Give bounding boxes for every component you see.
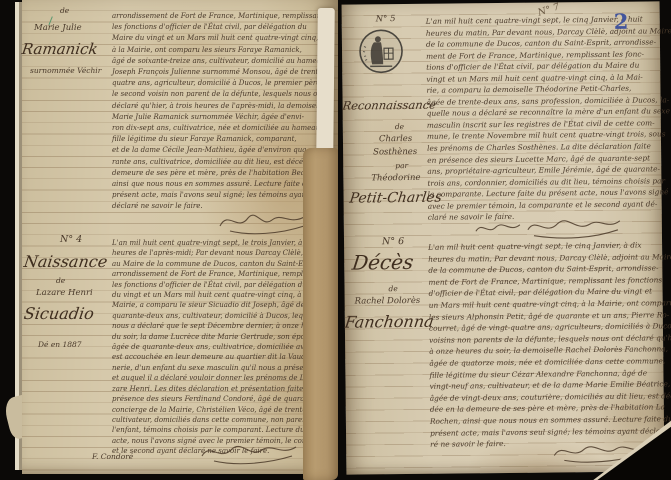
gutter-tape	[303, 148, 338, 480]
manuscript-line: L'an mil huit cent quatre-vingt sept, le…	[112, 238, 312, 248]
margin-note: de	[60, 6, 69, 15]
manuscript-line: au Maire de la commune de Ducos, canton …	[112, 259, 312, 269]
act-number: N° 5	[376, 14, 396, 24]
right-page: N° 5 Reconnaissance de Charles Sosthènes…	[342, 1, 665, 474]
civil-register-scan: de Marie Julie Ramanick surnommée Véchir…	[0, 0, 671, 480]
margin-note: Dé en 1887	[38, 340, 82, 349]
revenue-stamp-icon	[356, 26, 407, 77]
margin-note: de	[395, 122, 404, 131]
margin-title-reconnaissance: Reconnaissance	[342, 98, 437, 113]
gutter-paper-strip	[316, 8, 335, 158]
margin-note: Sosthènes	[373, 147, 417, 157]
manuscript-line: est accouchée en leur demeure au quartie…	[112, 352, 312, 362]
manuscript-line: demeure de ses père et mère, près de l'h…	[112, 168, 312, 179]
manuscript-line: les fonctions d'officier de l'État civil…	[112, 22, 312, 33]
manuscript-line: âgé de soixante-treize ans, cultivateur,…	[112, 56, 312, 67]
margin-note: surnommée Véchir	[30, 66, 101, 75]
manuscript-line: ron dix-sept ans, cultivatrice, née et d…	[112, 123, 312, 134]
manuscript-line: concierge de la Mairie, Christélien Véco…	[112, 405, 312, 415]
manuscript-line: le second voisin non parent de la défunt…	[112, 89, 312, 100]
manuscript-line: et de la dame Cécile Jean-Mathieu, âgée …	[112, 145, 312, 156]
manuscript-line: arrondissement de Fort de France, Martin…	[112, 11, 312, 22]
left-page: de Marie Julie Ramanick surnommée Véchir…	[22, 0, 338, 474]
margin-note: Rachel Dolorès	[355, 296, 421, 307]
manuscript-line: âgée de quarante-deux ans, cultivatrice,…	[112, 342, 312, 352]
manuscript-line: Joseph François Julienne surnommé Monsou…	[112, 67, 312, 78]
manuscript-line: du soir, la dame Lucrèce dite Marie Gert…	[112, 332, 312, 342]
margin-note: de	[388, 284, 397, 293]
act-number: N° 4	[60, 234, 82, 245]
manuscript-line: arrondissement de Fort de France, Martin…	[112, 269, 312, 279]
manuscript-line: heures de l'après-midi; Par devant nous …	[112, 248, 312, 258]
margin-title-deces: Décès	[351, 250, 415, 275]
manuscript-line: ainsi que nous nous en sommes assuré. Le…	[112, 179, 312, 190]
signature-flourish	[474, 214, 624, 242]
manuscript-line: l'enfant, témoins choisis par le compara…	[112, 425, 312, 435]
signature-flourish	[200, 440, 300, 466]
act-5-body: L'an mil huit cent quatre-vingt sept, le…	[426, 13, 656, 223]
manuscript-line: du vingt et un Mars mil huit cent quatre…	[112, 290, 312, 300]
manuscript-line: et auquel il a déclaré vouloir donner le…	[112, 373, 312, 383]
margin-name-sicuadio: Sicuadio	[23, 304, 96, 323]
act-4-body: L'an mil huit cent quatre-vingt sept, le…	[112, 238, 312, 457]
manuscript-line: zare Henri. Les dites déclaration et pré…	[112, 384, 312, 394]
manuscript-line: nerie, d'un enfant du sexe masculin qu'i…	[112, 363, 312, 373]
folio-number: 2	[614, 9, 629, 34]
manuscript-line: à la Mairie, ont comparu les sieurs Fara…	[112, 45, 312, 56]
act-6-body: L'an mil huit cent quatre-vingt sept, le…	[428, 239, 658, 450]
signature-flourish	[218, 208, 310, 236]
margin-note: Charles	[379, 134, 412, 144]
manuscript-line: déclaré qu'hier, à trois heures de l'apr…	[112, 101, 312, 112]
manuscript-line: Marie Julie Ramanick surnommée Véchir, â…	[112, 112, 312, 123]
manuscript-line: Maire du vingt et un Mars mil huit cent …	[112, 33, 312, 44]
margin-name-fanchonna: Fanchonna	[344, 312, 435, 332]
manuscript-line: présent acte, mais l'avons seul signé; l…	[112, 190, 312, 201]
margin-note: Marie Julie	[34, 23, 82, 33]
manuscript-line: cultivateur, domiciliés dans cette commu…	[112, 415, 312, 425]
margin-note: par	[395, 161, 408, 170]
margin-note: Lazare Henri	[36, 288, 93, 298]
witness-signature: F. Condoré	[92, 452, 133, 461]
manuscript-line: fille légitime du sieur Faraye Ramanick,…	[112, 134, 312, 145]
margin-title-naissance: Naissance	[23, 252, 109, 271]
margin-note: de	[56, 276, 65, 285]
manuscript-line: nous a déclaré que le sept Décembre dern…	[112, 321, 312, 331]
manuscript-line: Mairie, a comparu le sieur Sicuadio dit …	[112, 300, 312, 310]
act-number: N° 6	[382, 236, 404, 247]
margin-name-ramanick: Ramanick	[21, 40, 99, 58]
manuscript-line: rante ans, cultivatrice, domiciliée au d…	[112, 157, 312, 168]
margin-note: Théodorine	[371, 173, 420, 184]
manuscript-line: quarante-deux ans, cultivateur, domicili…	[112, 311, 312, 321]
act-3-body: arrondissement de Fort de France, Martin…	[112, 11, 312, 213]
manuscript-line: les fonctions d'officier de l'État civil…	[112, 280, 312, 290]
manuscript-line: présence des sieurs Ferdinand Condoré, â…	[112, 394, 312, 404]
manuscript-line: quatre ans, agriculteur, domicilié à Duc…	[112, 78, 312, 89]
